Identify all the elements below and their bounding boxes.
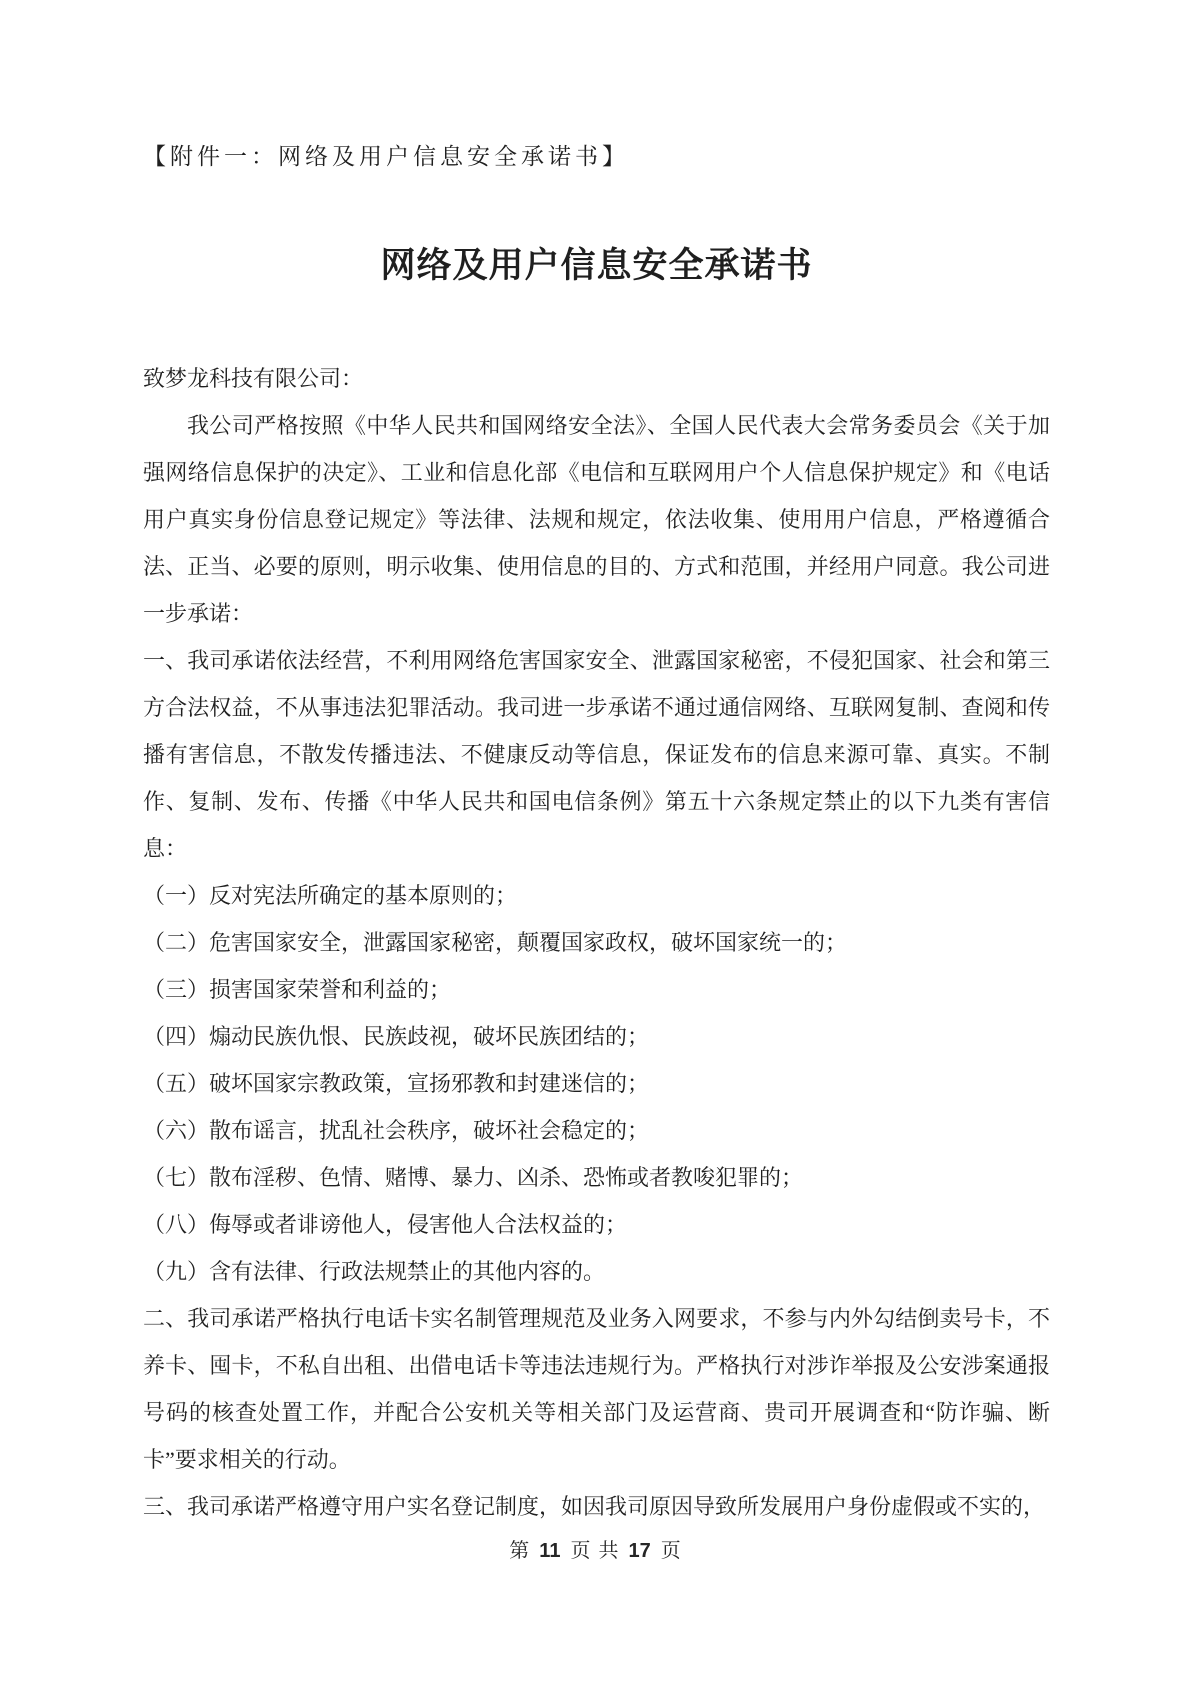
prohibited-item-6: （六）散布谣言，扰乱社会秩序，破坏社会稳定的； [143,1107,1050,1154]
footer-word-gong: 共 [598,1540,618,1562]
prohibited-item-1: （一）反对宪法所确定的基本原则的； [143,872,1050,919]
commitment-paragraph-3: 三、我司承诺严格遵守用户实名登记制度，如因我司原因导致所发展用户身份虚假或不实的… [143,1483,1050,1530]
intro-paragraph: 我公司严格按照《中华人民共和国网络安全法》、全国人民代表大会常务委员会《关于加强… [143,402,1050,637]
current-page-number: 11 [539,1540,560,1562]
commitment-paragraph-1: 一、我司承诺依法经营，不利用网络危害国家安全、泄露国家秘密，不侵犯国家、社会和第… [143,637,1050,872]
prohibited-item-4: （四）煽动民族仇恨、民族歧视，破坏民族团结的； [143,1013,1050,1060]
prohibited-item-2: （二）危害国家安全，泄露国家秘密，颠覆国家政权，破坏国家统一的； [143,919,1050,966]
document-page: 【附件一：网络及用户信息安全承诺书】 网络及用户信息安全承诺书 致梦龙科技有限公… [0,0,1190,1682]
prohibited-item-8: （八）侮辱或者诽谤他人，侵害他人合法权益的； [143,1201,1050,1248]
footer-word-di: 第 [509,1540,529,1562]
commitment-paragraph-2: 二、我司承诺严格执行电话卡实名制管理规范及业务入网要求，不参与内外勾结倒卖号卡，… [143,1295,1050,1483]
footer-word-ye1: 页 [570,1540,590,1562]
prohibited-item-9: （九）含有法律、行政法规禁止的其他内容的。 [143,1248,1050,1295]
page-title: 网络及用户信息安全承诺书 [143,245,1050,287]
prohibited-item-3: （三）损害国家荣誉和利益的； [143,966,1050,1013]
prohibited-item-5: （五）破坏国家宗教政策，宣扬邪教和封建迷信的； [143,1060,1050,1107]
attachment-header: 【附件一：网络及用户信息安全承诺书】 [143,143,1050,171]
document-body: 致梦龙科技有限公司： 我公司严格按照《中华人民共和国网络安全法》、全国人民代表大… [143,355,1050,1530]
total-page-number: 17 [628,1540,650,1562]
prohibited-item-7: （七）散布淫秽、色情、赌博、暴力、凶杀、恐怖或者教唆犯罪的； [143,1154,1050,1201]
page-number-footer: 第11页共17页 [0,1537,1190,1565]
prohibited-info-list: （一）反对宪法所确定的基本原则的； （二）危害国家安全，泄露国家秘密，颠覆国家政… [143,872,1050,1295]
salutation: 致梦龙科技有限公司： [143,355,1050,402]
footer-word-ye2: 页 [661,1540,681,1562]
